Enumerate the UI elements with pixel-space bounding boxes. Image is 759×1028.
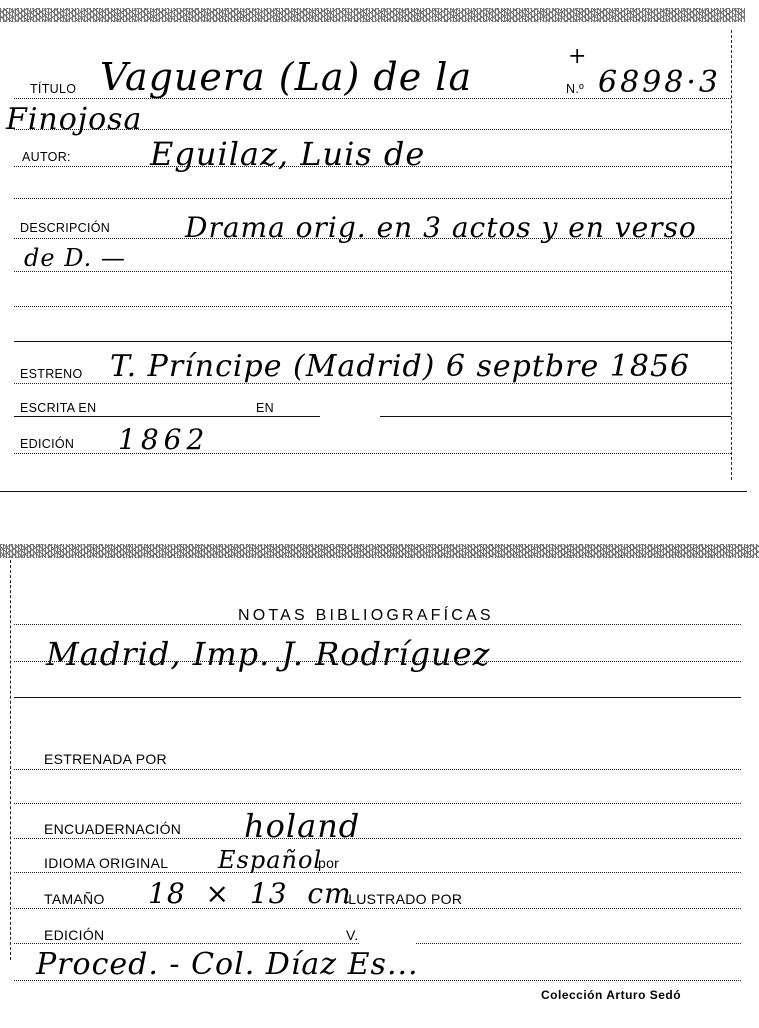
footer-coleccion: Colección Arturo Sedó: [541, 988, 681, 1002]
card-front: Título Vaguera (La) de la N.º + 6898·3 F…: [0, 0, 759, 500]
value-descripcion-cont: de D. —: [24, 246, 126, 270]
label-en: En: [256, 402, 274, 415]
label-ilustrado-por: Ilustrado por: [344, 892, 462, 906]
value-tamano: 18 × 13 cm: [148, 880, 352, 908]
label-autor: Autor:: [22, 151, 71, 164]
rule-estreno: [14, 383, 731, 384]
label-edicion-back: Edición: [44, 928, 104, 942]
rule-edicion: [14, 453, 731, 454]
redaction-blot: [320, 395, 380, 445]
rule-blank-2: [14, 306, 731, 307]
rule-descripcion: [14, 238, 731, 239]
value-titulo-cont: Finojosa: [6, 105, 142, 135]
rule-autor: [14, 166, 731, 167]
value-procedencia: Proced. - Col. Díaz Es...: [36, 950, 419, 980]
label-tamano: Tamaño: [44, 892, 105, 906]
label-descripcion: Descripción: [20, 222, 110, 235]
rule-blank-back-1: [14, 803, 741, 804]
rule-titulo: [14, 98, 731, 99]
value-titulo: Vaguera (La) de la: [100, 58, 472, 96]
rule-notas-2: [14, 661, 741, 662]
label-numero: N.º: [566, 83, 584, 96]
label-encuadernacion: Encuadernación: [44, 822, 181, 836]
rule-descripcion-2: [14, 271, 731, 272]
label-titulo: Título: [30, 83, 76, 96]
label-estreno: Estreno: [20, 368, 83, 381]
notas-heading: NOTAS BIBLIOGRAFÍCAS: [238, 607, 494, 625]
value-notas: Madrid, Imp. J. Rodríguez: [46, 638, 490, 670]
rule-encuadernacion: [14, 838, 741, 839]
rule-tamano: [14, 908, 741, 909]
value-numero: 6898·3: [598, 68, 721, 98]
rule-blank-3: [14, 341, 731, 342]
rule-estrenada-por: [14, 769, 741, 770]
label-escrita-en: Escrita en: [20, 402, 96, 415]
rule-titulo-2: [14, 129, 731, 130]
numero-mark: +: [568, 46, 589, 68]
rule-notas-3: [14, 697, 741, 698]
label-idioma-original: Idioma original: [44, 856, 168, 870]
label-estrenada-por: Estrenada por: [44, 752, 167, 766]
card-back: NOTAS BIBLIOGRAFÍCAS Madrid, Imp. J. Rod…: [0, 540, 759, 1028]
card-front-bottom-edge: [0, 491, 747, 492]
label-edicion: Edición: [20, 438, 74, 451]
idioma-suffix-por: por: [318, 856, 339, 870]
rule-idioma-original: [14, 872, 741, 873]
value-edicion: 1862: [118, 426, 209, 454]
value-idioma-original: Español: [218, 848, 322, 872]
rule-procedencia: [14, 980, 741, 981]
rule-notas-1: [14, 624, 741, 625]
rule-blank-1: [14, 198, 731, 199]
label-v: V.: [346, 928, 359, 942]
value-estreno: T. Príncipe (Madrid) 6 septbre 1856: [110, 352, 690, 382]
